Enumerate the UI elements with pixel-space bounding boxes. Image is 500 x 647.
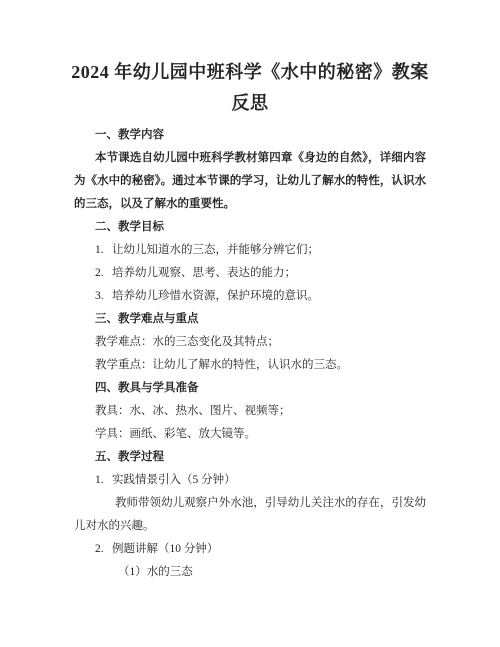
goal-item-text: 培养幼儿珍惜水资源，保护环境的意识。 [112, 290, 319, 302]
document-title: 2024 年幼儿园中班科学《水中的秘密》教案反思 [66, 57, 434, 119]
section-intro-paragraph: 本节课选自幼儿园中班科学教材第四章《身边的自然》，详细内容为《水中的秘密》。通过… [74, 147, 426, 216]
goal-item-number: 3. [95, 285, 112, 308]
goal-item: 1.让幼儿知道水的三态，并能够分辨它们； [74, 239, 426, 262]
section-heading-teaching-process: 五、教学过程 [74, 446, 426, 469]
section-heading-materials: 四、教具与学具准备 [74, 377, 426, 400]
section-heading-teaching-content: 一、教学内容 [74, 124, 426, 147]
process-step-number: 1. [95, 469, 112, 492]
process-step: 1.实践情景引入（5 分钟） [74, 469, 426, 492]
goal-item: 3.培养幼儿珍惜水资源，保护环境的意识。 [74, 285, 426, 308]
process-step: 2.例题讲解（10 分钟） [74, 538, 426, 561]
process-step-detail: 教师带领幼儿观察户外水池，引导幼儿关注水的存在，引发幼儿对水的兴趣。 [74, 492, 426, 538]
process-step-text: 例题讲解（10 分钟） [112, 543, 218, 555]
goal-item: 2.培养幼儿观察、思考、表达的能力； [74, 262, 426, 285]
focus-line: 教学重点：让幼儿了解水的特性，认识水的三态。 [74, 354, 426, 377]
goal-item-number: 1. [95, 239, 112, 262]
process-sub-item: （1）水的三态 [74, 561, 426, 584]
goal-item-text: 让幼儿知道水的三态，并能够分辨它们； [112, 244, 319, 256]
document-body: 一、教学内容 本节课选自幼儿园中班科学教材第四章《身边的自然》，详细内容为《水中… [74, 124, 426, 584]
goal-item-text: 培养幼儿观察、思考、表达的能力； [112, 267, 296, 279]
section-heading-teaching-goals: 二、教学目标 [74, 216, 426, 239]
process-step-text: 实践情景引入（5 分钟） [112, 474, 236, 486]
document-page: 2024 年幼儿园中班科学《水中的秘密》教案反思 一、教学内容 本节课选自幼儿园… [0, 0, 500, 647]
process-step-number: 2. [95, 538, 112, 561]
learning-aids-line: 学具：画纸、彩笔、放大镜等。 [74, 423, 426, 446]
difficulty-line: 教学难点：水的三态变化及其特点； [74, 331, 426, 354]
teaching-aids-line: 教具：水、冰、热水、图片、视频等； [74, 400, 426, 423]
section-heading-difficulties-focus: 三、教学难点与重点 [74, 308, 426, 331]
goal-item-number: 2. [95, 262, 112, 285]
